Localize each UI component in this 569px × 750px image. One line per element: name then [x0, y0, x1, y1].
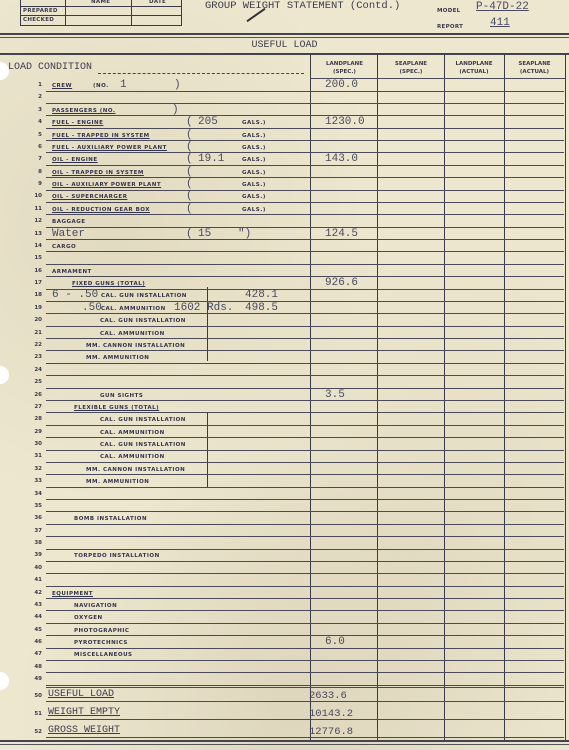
row-seaplane-actual-cell[interactable] — [505, 92, 565, 103]
row-seaplane-spec-cell[interactable] — [378, 167, 444, 178]
row-paren-close: ) — [174, 79, 181, 91]
row-number: 49 — [28, 676, 42, 682]
row-seaplane-actual-cell[interactable] — [505, 266, 565, 277]
row-landplane-actual-cell[interactable] — [445, 563, 504, 574]
row-number: 30 — [28, 441, 42, 447]
col-header-seaplane-spec: SEAPLANE(SPEC.) — [378, 60, 444, 76]
row-paren-close: ) — [172, 104, 179, 116]
row-label: OXYGEN — [74, 615, 103, 621]
row-number: 39 — [28, 552, 42, 558]
row-label: OIL - ENGINE — [52, 157, 98, 163]
row-subtotal-value[interactable]: 498.5 — [245, 302, 278, 314]
row-landplane-actual-cell[interactable] — [445, 303, 504, 314]
row-landplane-actual-cell[interactable] — [445, 142, 504, 153]
row-paren-open: ( — [186, 178, 193, 190]
row-seaplane-actual-cell[interactable] — [505, 476, 565, 487]
row-seaplane-actual-cell[interactable] — [505, 340, 565, 351]
row-landplane-actual-cell[interactable] — [445, 204, 504, 215]
divider — [0, 37, 569, 38]
row-label: MISCELLANEOUS — [74, 652, 133, 658]
row-landplane-spec-value[interactable]: 6.0 — [325, 636, 345, 648]
row-landplane-actual-cell[interactable] — [445, 117, 504, 128]
row-label: OIL - SUPERCHARGER — [52, 194, 127, 200]
row-number: 15 — [28, 255, 42, 261]
row-unit: GALS.) — [242, 120, 266, 126]
row-seaplane-spec-cell[interactable] — [378, 328, 444, 339]
row-number: 13 — [28, 231, 42, 237]
row-landplane-actual-cell[interactable] — [445, 328, 504, 339]
row-seaplane-spec-cell[interactable] — [378, 80, 444, 91]
row-seaplane-spec-cell[interactable] — [378, 377, 444, 388]
model-value: P-47D-22 — [476, 1, 529, 13]
sig-col-date: DATE — [149, 0, 166, 5]
row-extra: (NO. — [93, 83, 109, 89]
row-seaplane-actual-cell[interactable] — [505, 414, 565, 425]
row-label: CAL. GUN INSTALLATION — [100, 442, 186, 448]
row-seaplane-actual-cell[interactable] — [505, 303, 565, 314]
total-row-number: 52 — [28, 729, 42, 735]
row-label: PYROTECHNICS — [74, 640, 128, 646]
row-number: 40 — [28, 565, 42, 571]
row-seaplane-spec-cell[interactable] — [378, 154, 444, 165]
row-seaplane-actual-cell[interactable] — [505, 526, 565, 537]
row-paren-open: ( — [186, 153, 193, 165]
row-number: 23 — [28, 354, 42, 360]
row-landplane-actual-cell[interactable] — [445, 390, 504, 401]
row-seaplane-spec-cell[interactable] — [378, 489, 444, 500]
row-seaplane-actual-cell[interactable] — [505, 538, 565, 549]
row-landplane-actual-cell[interactable] — [445, 154, 504, 165]
row-number: 28 — [28, 416, 42, 422]
row-number: 38 — [28, 540, 42, 546]
row-landplane-actual-cell[interactable] — [445, 674, 504, 685]
row-line — [46, 737, 564, 738]
row-seaplane-spec-cell[interactable] — [378, 340, 444, 351]
total-landplane-spec-value[interactable]: 10143.2 — [309, 708, 353, 720]
row-number: 19 — [28, 305, 42, 311]
row-number: 44 — [28, 614, 42, 620]
row-label: OIL - REDUCTION GEAR BOX — [52, 207, 150, 213]
row-seaplane-actual-cell[interactable] — [505, 464, 565, 475]
row-number: 26 — [28, 392, 42, 398]
row-label: FUEL - AUXILIARY POWER PLANT — [52, 145, 167, 151]
row-seaplane-actual-cell[interactable] — [505, 390, 565, 401]
row-label: OIL - TRAPPED IN SYSTEM — [52, 170, 144, 176]
row-seaplane-actual-cell[interactable] — [505, 674, 565, 685]
row-seaplane-spec-cell[interactable] — [378, 365, 444, 376]
divider — [0, 744, 569, 745]
model-label: MODEL — [437, 8, 460, 14]
row-seaplane-spec-cell[interactable] — [378, 600, 444, 611]
row-number: 35 — [28, 503, 42, 509]
row-number: 11 — [28, 206, 42, 212]
sig-row-prepared: PREPARED — [23, 8, 58, 14]
row-landplane-actual-cell[interactable] — [445, 229, 504, 240]
row-line — [46, 687, 564, 688]
row-seaplane-actual-cell[interactable] — [505, 191, 565, 202]
row-seaplane-actual-cell[interactable] — [505, 427, 565, 438]
row-seaplane-spec-cell[interactable] — [378, 390, 444, 401]
row-seaplane-actual-cell[interactable] — [505, 377, 565, 388]
row-landplane-actual-cell[interactable] — [445, 365, 504, 376]
row-line — [46, 701, 564, 702]
row-landplane-actual-cell[interactable] — [445, 105, 504, 116]
row-unit: GALS.) — [242, 145, 266, 151]
row-seaplane-spec-cell[interactable] — [378, 612, 444, 623]
row-landplane-spec-value[interactable]: 926.6 — [325, 277, 358, 289]
row-seaplane-spec-cell[interactable] — [378, 649, 444, 660]
row-unit: GALS.) — [242, 182, 266, 188]
section-title: USEFUL LOAD — [0, 40, 569, 51]
row-seaplane-actual-cell[interactable] — [505, 365, 565, 376]
row-number: 43 — [28, 602, 42, 608]
row-number: 16 — [28, 268, 42, 274]
row-seaplane-spec-cell[interactable] — [378, 241, 444, 252]
row-seaplane-actual-cell[interactable] — [505, 600, 565, 611]
row-seaplane-actual-cell[interactable] — [505, 402, 565, 413]
row-unit: GALS.) — [242, 207, 266, 213]
row-seaplane-actual-cell[interactable] — [505, 315, 565, 326]
row-seaplane-spec-cell[interactable] — [378, 451, 444, 462]
row-landplane-spec-value[interactable]: 3.5 — [325, 389, 345, 401]
row-seaplane-actual-cell[interactable] — [505, 117, 565, 128]
row-label: CAL. GUN INSTALLATION — [101, 293, 187, 299]
divider — [0, 53, 569, 55]
row-seaplane-actual-cell[interactable] — [505, 278, 565, 289]
row-landplane-actual-cell[interactable] — [445, 80, 504, 91]
row-label: CAL. AMMUNITION — [100, 430, 165, 436]
row-seaplane-actual-cell[interactable] — [505, 204, 565, 215]
row-landplane-actual-cell[interactable] — [445, 575, 504, 586]
row-seaplane-spec-cell[interactable] — [378, 204, 444, 215]
row-seaplane-spec-cell[interactable] — [378, 253, 444, 264]
row-unit: GALS.) — [242, 194, 266, 200]
row-landplane-actual-cell[interactable] — [445, 649, 504, 660]
row-seaplane-spec-cell[interactable] — [378, 216, 444, 227]
row-seaplane-spec-cell[interactable] — [378, 625, 444, 636]
row-typed-prefix: 6 - .50 — [52, 289, 98, 301]
row-landplane-actual-cell[interactable] — [445, 402, 504, 413]
row-seaplane-actual-cell[interactable] — [505, 154, 565, 165]
row-seaplane-spec-cell[interactable] — [378, 142, 444, 153]
row-seaplane-spec-cell[interactable] — [378, 191, 444, 202]
row-label: CAL. GUN INSTALLATION — [100, 417, 186, 423]
row-number: 20 — [28, 317, 42, 323]
row-label: TORPEDO INSTALLATION — [74, 553, 160, 559]
row-label: FUEL - ENGINE — [52, 120, 103, 126]
total-landplane-spec-value[interactable]: 12776.8 — [309, 726, 353, 738]
row-subtotal-value[interactable]: 428.1 — [245, 289, 278, 301]
row-landplane-actual-cell[interactable] — [445, 451, 504, 462]
row-seaplane-actual-cell[interactable] — [505, 513, 565, 524]
row-landplane-actual-cell[interactable] — [445, 216, 504, 227]
row-number: 2 — [28, 94, 42, 100]
total-label: WEIGHT EMPTY — [48, 707, 120, 718]
row-label: BAGGAGE — [52, 219, 86, 225]
row-number: 31 — [28, 453, 42, 459]
row-seaplane-actual-cell[interactable] — [505, 501, 565, 512]
row-label: CAL. AMMUNITION — [101, 306, 166, 312]
row-seaplane-spec-cell[interactable] — [378, 290, 444, 301]
row-unit: GALS.) — [242, 133, 266, 139]
row-seaplane-actual-cell[interactable] — [505, 142, 565, 153]
load-condition-label: LOAD CONDITION — [8, 62, 92, 73]
row-landplane-actual-cell[interactable] — [445, 352, 504, 363]
row-line — [46, 719, 564, 720]
row-seaplane-actual-cell[interactable] — [505, 612, 565, 623]
row-seaplane-spec-cell[interactable] — [378, 92, 444, 103]
total-label: GROSS WEIGHT — [48, 725, 120, 736]
row-landplane-actual-cell[interactable] — [445, 179, 504, 190]
row-number: 36 — [28, 515, 42, 521]
row-label: FIXED GUNS (TOTAL) — [72, 281, 145, 287]
row-typed-value[interactable]: 15 — [198, 228, 211, 240]
row-paren-open: ( — [186, 190, 193, 202]
row-number: 25 — [28, 379, 42, 385]
row-seaplane-actual-cell[interactable] — [505, 130, 565, 141]
report-value: 411 — [490, 17, 510, 29]
document-title: GROUP WEIGHT STATEMENT (Contd.) — [205, 0, 400, 12]
row-number: 5 — [28, 132, 42, 138]
row-landplane-actual-cell[interactable] — [445, 315, 504, 326]
row-label: MM. AMMUNITION — [86, 479, 149, 485]
row-seaplane-spec-cell[interactable] — [378, 303, 444, 314]
row-label: BOMB INSTALLATION — [74, 516, 147, 522]
row-label: NAVIGATION — [74, 603, 117, 609]
row-paren-open: ( — [186, 116, 193, 128]
row-label: PHOTOGRAPHIC — [74, 628, 129, 634]
row-seaplane-actual-cell[interactable] — [505, 241, 565, 252]
row-label: FLEXIBLE GUNS (TOTAL) — [74, 405, 159, 411]
row-number: 34 — [28, 491, 42, 497]
row-label: MM. AMMUNITION — [86, 355, 149, 361]
row-label: CREW — [52, 83, 72, 89]
row-number: 29 — [28, 429, 42, 435]
total-row-number: 50 — [28, 693, 42, 699]
row-landplane-actual-cell[interactable] — [445, 538, 504, 549]
row-label: MM. CANNON INSTALLATION — [86, 467, 185, 473]
row-typed-value[interactable]: 1 — [120, 79, 127, 91]
row-seaplane-actual-cell[interactable] — [505, 625, 565, 636]
row-landplane-actual-cell[interactable] — [445, 167, 504, 178]
row-paren-open: ( — [186, 129, 193, 141]
row-number: 48 — [28, 664, 42, 670]
row-seaplane-spec-cell[interactable] — [378, 575, 444, 586]
row-number: 12 — [28, 218, 42, 224]
row-number: 18 — [28, 292, 42, 298]
row-landplane-actual-cell[interactable] — [445, 414, 504, 425]
row-typed-value[interactable]: 205 — [198, 116, 218, 128]
row-landplane-actual-cell[interactable] — [445, 550, 504, 561]
row-number: 32 — [28, 466, 42, 472]
row-unit: GALS.) — [242, 157, 266, 163]
row-seaplane-spec-cell[interactable] — [378, 513, 444, 524]
row-seaplane-actual-cell[interactable] — [505, 575, 565, 586]
row-landplane-actual-cell[interactable] — [445, 612, 504, 623]
row-seaplane-spec-cell[interactable] — [378, 105, 444, 116]
row-label: EQUIPMENT — [52, 591, 93, 597]
row-seaplane-actual-cell[interactable] — [505, 290, 565, 301]
row-seaplane-spec-cell[interactable] — [378, 229, 444, 240]
total-landplane-spec-value[interactable]: 2633.6 — [309, 690, 347, 702]
row-label: OIL - AUXILIARY POWER PLANT — [52, 182, 161, 188]
row-landplane-actual-cell[interactable] — [445, 92, 504, 103]
row-seaplane-spec-cell[interactable] — [378, 179, 444, 190]
row-label: FUEL - TRAPPED IN SYSTEM — [52, 133, 150, 139]
row-seaplane-spec-cell[interactable] — [378, 526, 444, 537]
row-number: 37 — [28, 528, 42, 534]
row-number: 27 — [28, 404, 42, 410]
row-seaplane-actual-cell[interactable] — [505, 662, 565, 673]
row-unit: GALS.) — [242, 170, 266, 176]
total-label: USEFUL LOAD — [48, 689, 114, 700]
row-seaplane-actual-cell[interactable] — [505, 588, 565, 599]
row-seaplane-spec-cell[interactable] — [378, 402, 444, 413]
sig-row-checked: CHECKED — [23, 17, 54, 23]
col-header-landplane-spec: LANDPLANE(SPEC.) — [311, 60, 378, 76]
row-seaplane-actual-cell[interactable] — [505, 80, 565, 91]
row-seaplane-spec-cell[interactable] — [378, 476, 444, 487]
row-seaplane-actual-cell[interactable] — [505, 451, 565, 462]
row-landplane-actual-cell[interactable] — [445, 662, 504, 673]
row-seaplane-spec-cell[interactable] — [378, 563, 444, 574]
row-number: 24 — [28, 367, 42, 373]
row-number: 46 — [28, 639, 42, 645]
row-seaplane-spec-cell[interactable] — [378, 439, 444, 450]
row-landplane-actual-cell[interactable] — [445, 588, 504, 599]
row-seaplane-spec-cell[interactable] — [378, 130, 444, 141]
row-number: 8 — [28, 169, 42, 175]
row-paren-open: ( — [186, 166, 193, 178]
row-typed-label: Water — [52, 228, 85, 240]
row-landplane-actual-cell[interactable] — [445, 340, 504, 351]
row-seaplane-spec-cell[interactable] — [378, 662, 444, 673]
row-seaplane-spec-cell[interactable] — [378, 352, 444, 363]
row-seaplane-spec-cell[interactable] — [378, 550, 444, 561]
row-landplane-actual-cell[interactable] — [445, 600, 504, 611]
row-number: 22 — [28, 342, 42, 348]
row-number: 14 — [28, 243, 42, 249]
row-seaplane-actual-cell[interactable] — [505, 179, 565, 190]
row-number: 33 — [28, 478, 42, 484]
row-number: 6 — [28, 144, 42, 150]
row-landplane-actual-cell[interactable] — [445, 476, 504, 487]
divider — [0, 740, 569, 742]
row-landplane-spec-value[interactable]: 124.5 — [325, 228, 358, 240]
row-landplane-actual-cell[interactable] — [445, 526, 504, 537]
divider — [0, 33, 569, 35]
row-seaplane-spec-cell[interactable] — [378, 464, 444, 475]
row-seaplane-actual-cell[interactable] — [505, 229, 565, 240]
row-landplane-actual-cell[interactable] — [445, 253, 504, 264]
row-typed-value[interactable]: 19.1 — [198, 153, 224, 165]
load-condition-line — [98, 73, 304, 74]
row-label: CARGO — [52, 244, 76, 250]
row-number: 3 — [28, 107, 42, 113]
column-divider — [310, 55, 311, 740]
row-number: 4 — [28, 119, 42, 125]
row-unit: ") — [238, 228, 251, 240]
signature-table: NAME DATE PREPARED CHECKED — [20, 0, 182, 26]
row-seaplane-spec-cell[interactable] — [378, 266, 444, 277]
row-label: CAL. AMMUNITION — [100, 454, 165, 460]
row-seaplane-spec-cell[interactable] — [378, 637, 444, 648]
row-label: MM. CANNON INSTALLATION — [86, 343, 185, 349]
row-seaplane-actual-cell[interactable] — [505, 328, 565, 339]
row-seaplane-actual-cell[interactable] — [505, 253, 565, 264]
row-seaplane-actual-cell[interactable] — [505, 649, 565, 660]
punch-hole — [0, 672, 9, 690]
row-landplane-spec-value[interactable]: 143.0 — [325, 153, 358, 165]
row-landplane-actual-cell[interactable] — [445, 625, 504, 636]
row-seaplane-actual-cell[interactable] — [505, 352, 565, 363]
row-label: PASSENGERS (NO. — [52, 108, 115, 114]
row-landplane-spec-value[interactable]: 200.0 — [325, 79, 358, 91]
row-landplane-actual-cell[interactable] — [445, 377, 504, 388]
row-seaplane-actual-cell[interactable] — [505, 489, 565, 500]
row-landplane-actual-cell[interactable] — [445, 241, 504, 252]
row-paren-open: ( — [186, 228, 193, 240]
row-landplane-actual-cell[interactable] — [445, 501, 504, 512]
col-header-seaplane-actual: SEAPLANE(ACTUAL) — [504, 60, 565, 76]
row-seaplane-spec-cell[interactable] — [378, 414, 444, 425]
row-landplane-actual-cell[interactable] — [445, 130, 504, 141]
row-landplane-actual-cell[interactable] — [445, 513, 504, 524]
row-number: 1 — [28, 82, 42, 88]
row-seaplane-actual-cell[interactable] — [505, 637, 565, 648]
row-seaplane-spec-cell[interactable] — [378, 588, 444, 599]
row-number: 45 — [28, 627, 42, 633]
row-landplane-actual-cell[interactable] — [445, 427, 504, 438]
row-landplane-actual-cell[interactable] — [445, 191, 504, 202]
total-row-number: 51 — [28, 711, 42, 717]
row-landplane-actual-cell[interactable] — [445, 489, 504, 500]
row-paren-open: ( — [186, 141, 193, 153]
row-landplane-actual-cell[interactable] — [445, 290, 504, 301]
row-seaplane-spec-cell[interactable] — [378, 315, 444, 326]
row-seaplane-spec-cell[interactable] — [378, 278, 444, 289]
row-number: 41 — [28, 577, 42, 583]
row-number: 21 — [28, 330, 42, 336]
row-label: CAL. GUN INSTALLATION — [100, 318, 186, 324]
row-seaplane-spec-cell[interactable] — [378, 674, 444, 685]
row-seaplane-spec-cell[interactable] — [378, 538, 444, 549]
row-seaplane-actual-cell[interactable] — [505, 105, 565, 116]
row-landplane-actual-cell[interactable] — [445, 637, 504, 648]
row-landplane-actual-cell[interactable] — [445, 439, 504, 450]
row-landplane-actual-cell[interactable] — [445, 464, 504, 475]
row-typed-suffix: 1602 Rds. — [174, 302, 233, 314]
row-number: 7 — [28, 156, 42, 162]
row-seaplane-actual-cell[interactable] — [505, 439, 565, 450]
row-number: 10 — [28, 193, 42, 199]
row-typed-prefix: .50 — [82, 302, 102, 314]
row-landplane-spec-value[interactable]: 1230.0 — [325, 116, 365, 128]
row-seaplane-spec-cell[interactable] — [378, 501, 444, 512]
row-seaplane-actual-cell[interactable] — [505, 550, 565, 561]
column-divider — [565, 55, 566, 740]
row-seaplane-actual-cell[interactable] — [505, 563, 565, 574]
row-seaplane-spec-cell[interactable] — [378, 117, 444, 128]
report-label: REPORT — [437, 24, 463, 30]
punch-hole — [0, 366, 9, 384]
row-landplane-actual-cell[interactable] — [445, 266, 504, 277]
row-seaplane-actual-cell[interactable] — [505, 167, 565, 178]
row-seaplane-spec-cell[interactable] — [378, 427, 444, 438]
row-number: 9 — [28, 181, 42, 187]
row-landplane-actual-cell[interactable] — [445, 278, 504, 289]
row-seaplane-actual-cell[interactable] — [505, 216, 565, 227]
